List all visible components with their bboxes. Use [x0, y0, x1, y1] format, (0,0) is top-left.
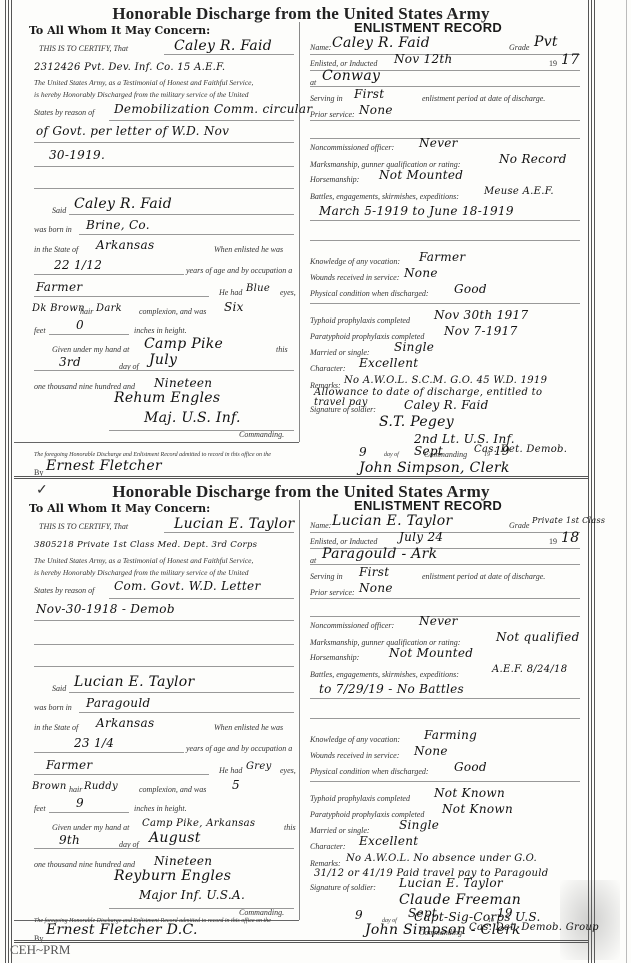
- discharge-document-page: Honorable Discharge from the United Stat…: [0, 0, 631, 963]
- complexion: Dark: [96, 303, 122, 314]
- discharge-reason-2: Nov-30-1918 - Demob: [36, 602, 175, 616]
- enlisted-label: Enlisted, or Inducted: [310, 537, 377, 546]
- when-enlisted-label: When enlisted he was: [214, 723, 283, 732]
- given-under-label: Given under my hand at: [52, 823, 129, 832]
- character-label: Character:: [310, 364, 346, 373]
- physical-condition: Good: [454, 282, 487, 296]
- eyes-label: He had: [219, 766, 242, 775]
- marksmanship: Not qualified: [496, 630, 580, 644]
- birth-state: Arkansas: [96, 716, 154, 730]
- enlistment-record-heading: ENLISTMENT RECORD: [354, 20, 502, 35]
- clerk-signature: John Simpson, Clerk: [359, 460, 510, 476]
- when-enlisted-label: When enlisted he was: [214, 245, 283, 254]
- prior-service: None: [359, 581, 393, 595]
- age: 23 1/4: [74, 736, 114, 750]
- said-label: Said: [52, 206, 66, 215]
- age-occupation-label: years of age and by occupation a: [186, 266, 292, 275]
- occupation: Farmer: [36, 280, 82, 294]
- complexion-label: complexion, and was: [139, 307, 206, 316]
- record-year-prefix: 19: [484, 452, 490, 458]
- officer-name: S.T. Pegey: [379, 414, 454, 430]
- remarks-label: Remarks:: [310, 859, 341, 868]
- battles: Meuse A.E.F.: [484, 186, 554, 197]
- paratyphoid: Not Known: [442, 802, 513, 816]
- grade: Private 1st Class: [532, 516, 605, 525]
- serving-in: First: [354, 87, 384, 101]
- character-label: Character:: [310, 842, 346, 851]
- complexion-label: complexion, and was: [139, 785, 206, 794]
- place-given: Camp Pike: [144, 336, 223, 352]
- horsemanship-label: Horsemanship:: [310, 175, 359, 184]
- hair-label: hair: [80, 307, 93, 316]
- typhoid-label: Typhoid prophylaxis completed: [310, 316, 410, 325]
- character: Excellent: [359, 834, 418, 848]
- discharge-month: July: [149, 352, 177, 368]
- eye-color: Grey: [246, 761, 272, 772]
- occupation: Farmer: [46, 758, 92, 772]
- serving-in-label: Serving in: [310, 94, 343, 103]
- battles-2: March 5-1919 to June 18-1919: [319, 204, 514, 218]
- state-label: in the State of: [34, 245, 78, 254]
- eyes-suffix: eyes,: [280, 288, 296, 297]
- hair-color: Brown: [32, 781, 67, 792]
- enlistment-period-label: enlistment period at date of discharge.: [422, 94, 545, 103]
- this-label: this: [284, 823, 296, 832]
- place-given: Camp Pike, Arkansas: [142, 818, 255, 829]
- battles-2: to 7/29/19 - No Battles: [319, 682, 464, 696]
- eyes-label: He had: [219, 288, 242, 297]
- hair-color: Dk Brown: [32, 303, 85, 314]
- discharge-record-1: Honorable Discharge from the United Stat…: [14, 0, 588, 480]
- enlisted-date: Nov 12th: [394, 52, 453, 66]
- year-prefix: 19: [549, 59, 557, 68]
- certify-label: THIS IS TO CERTIFY, That: [39, 44, 128, 53]
- age: 22 1/12: [54, 258, 102, 272]
- enlistment-name: Caley R. Faid: [332, 35, 430, 51]
- record-day: 9: [355, 908, 363, 922]
- testimonial-label: The United States Army, as a Testimonial…: [34, 78, 253, 87]
- page-edge-line: [626, 0, 627, 963]
- physical-label: Physical condition when discharged:: [310, 289, 429, 298]
- right-border-line: [591, 0, 592, 963]
- discharge-day: 9th: [59, 833, 80, 847]
- bottom-divider: [14, 940, 588, 943]
- birth-state: Arkansas: [96, 238, 154, 252]
- commander-name: Rehum Engles: [114, 390, 220, 406]
- reason-label: States by reason of: [34, 586, 94, 595]
- left-border-line: [5, 0, 6, 963]
- name-label: Name:: [310, 43, 331, 52]
- left-border-line: [8, 0, 9, 963]
- physical-condition: Good: [454, 760, 487, 774]
- discharged-label: is hereby Honorably Discharged from the …: [34, 90, 249, 99]
- commander-name: Reyburn Engles: [114, 868, 231, 884]
- nco-label: Noncommissioned officer:: [310, 143, 394, 152]
- salutation: To All Whom It May Concern:: [29, 24, 210, 37]
- said-name: Lucian E. Taylor: [74, 674, 194, 690]
- horsemanship: Not Mounted: [379, 168, 463, 182]
- discharge-reason: Com. Govt. W.D. Letter: [114, 579, 260, 593]
- born-in-label: was born in: [34, 225, 72, 234]
- record-month: Sept: [414, 444, 443, 458]
- remarks: No A.W.O.L. No absence under G.O.: [346, 853, 537, 864]
- commander-rank: Maj. U.S. Inf.: [144, 410, 241, 426]
- salutation: To All Whom It May Concern:: [29, 502, 210, 515]
- discharge-record-2: ✓ Honorable Discharge from the United St…: [14, 478, 588, 946]
- height-inches: 0: [76, 318, 84, 332]
- nco-label: Noncommissioned officer:: [310, 621, 394, 630]
- year-prefix: 19: [549, 537, 557, 546]
- said-name: Caley R. Faid: [74, 196, 172, 212]
- feet-label: feet: [34, 326, 46, 335]
- feet-label: feet: [34, 804, 46, 813]
- eyes-suffix: eyes,: [280, 766, 296, 775]
- horsemanship: Not Mounted: [389, 646, 473, 660]
- birthplace: Brine, Co.: [86, 218, 150, 232]
- archive-stamp: CEH~PRM: [10, 942, 71, 958]
- commanding-caption: Commanding.: [239, 908, 284, 917]
- battles: A.E.F. 8/24/18: [492, 664, 567, 675]
- battles-label: Battles, engagements, skirmishes, expedi…: [310, 670, 459, 679]
- marital-status: Single: [399, 818, 439, 832]
- signature-label: Signature of soldier:: [310, 883, 376, 892]
- right-border-line: [594, 0, 595, 963]
- marital-status: Single: [394, 340, 434, 354]
- enlisted-at: Conway: [322, 68, 380, 84]
- nco: Never: [419, 614, 458, 628]
- marksmanship: No Record: [499, 152, 567, 166]
- commander-rank: Major Inf. U.S.A.: [139, 888, 245, 902]
- recorded-by: Ernest Fletcher: [46, 458, 162, 474]
- knowledge-label: Knowledge of any vocation:: [310, 257, 400, 266]
- enlisted-at: Paragould - Ark: [322, 546, 437, 562]
- hair-label: hair: [69, 785, 82, 794]
- paratyphoid: Nov 7-1917: [444, 324, 518, 338]
- recorded-by: Ernest Fletcher D.C.: [46, 922, 198, 938]
- enlisted-year: 17: [561, 52, 579, 68]
- column-divider: [299, 500, 300, 920]
- soldier-name: Lucian E. Taylor: [174, 516, 294, 532]
- wounds-label: Wounds received in service:: [310, 273, 399, 282]
- said-label: Said: [52, 684, 66, 693]
- left-border-line: [11, 0, 12, 963]
- enlistment-name: Lucian E. Taylor: [332, 513, 452, 529]
- enlisted-year: 18: [561, 530, 579, 546]
- grade: Pvt: [534, 34, 558, 50]
- knowledge-label: Knowledge of any vocation:: [310, 735, 400, 744]
- typhoid-label: Typhoid prophylaxis completed: [310, 794, 410, 803]
- age-occupation-label: years of age and by occupation a: [186, 744, 292, 753]
- given-under-label: Given under my hand at: [52, 345, 129, 354]
- character: Excellent: [359, 356, 418, 370]
- knowledge: Farming: [424, 728, 477, 742]
- record-month: Sept: [408, 906, 437, 920]
- year-words: Nineteen: [154, 854, 212, 868]
- soldier-name: Caley R. Faid: [174, 38, 272, 54]
- height-feet: 5: [232, 778, 240, 792]
- commanding-caption: Commanding.: [239, 430, 284, 439]
- prior-service-label: Prior service:: [310, 110, 355, 119]
- grade-label: Grade: [509, 43, 529, 52]
- nco: Never: [419, 136, 458, 150]
- testimonial-label: The United States Army, as a Testimonial…: [34, 556, 253, 565]
- height-inches: 9: [76, 796, 84, 810]
- discharged-label: is hereby Honorably Discharged from the …: [34, 568, 249, 577]
- clerk-signature: John Simpson - Clerk: [365, 922, 521, 938]
- typhoid: Nov 30th 1917: [434, 308, 528, 322]
- record-day: 9: [359, 445, 367, 459]
- height-feet: Six: [224, 300, 244, 314]
- record-year: 19: [497, 906, 513, 920]
- battles-label: Battles, engagements, skirmishes, expedi…: [310, 192, 459, 201]
- discharge-reason: Demobilization Comm. circular: [114, 102, 312, 116]
- serial-unit: 3805218 Private 1st Class Med. Dept. 3rd…: [34, 540, 257, 550]
- soldier-signature: Lucian E. Taylor: [399, 876, 503, 890]
- born-in-label: was born in: [34, 703, 72, 712]
- inches-label: inches in height.: [134, 804, 187, 813]
- knowledge: Farmer: [419, 250, 465, 264]
- signature-label: Signature of soldier:: [310, 405, 376, 414]
- state-label: in the State of: [34, 723, 78, 732]
- grade-label: Grade: [509, 521, 529, 530]
- wounds: None: [404, 266, 438, 280]
- typhoid: Not Known: [434, 786, 505, 800]
- wounds-label: Wounds received in service:: [310, 751, 399, 760]
- serving-in-label: Serving in: [310, 572, 343, 581]
- inches-label: inches in height.: [134, 326, 187, 335]
- record-year: 19: [494, 444, 510, 458]
- enlistment-period-label: enlistment period at date of discharge.: [422, 572, 545, 581]
- this-label: this: [276, 345, 288, 354]
- discharge-reason-2: of Govt. per letter of W.D. Nov: [36, 124, 229, 138]
- enlistment-record-heading: ENLISTMENT RECORD: [354, 498, 502, 513]
- discharge-reason-3: 30-1919.: [49, 148, 105, 162]
- enlisted-date: July 24: [399, 530, 443, 544]
- year-words: Nineteen: [154, 376, 212, 390]
- column-divider: [299, 22, 300, 442]
- right-border-line: [588, 0, 589, 963]
- eye-color: Blue: [246, 283, 270, 294]
- prior-service: None: [359, 103, 393, 117]
- enlisted-label: Enlisted, or Inducted: [310, 59, 377, 68]
- discharge-day: 3rd: [59, 355, 81, 369]
- birthplace: Paragould: [86, 696, 150, 710]
- serving-in: First: [359, 565, 389, 579]
- discharge-month: August: [149, 830, 201, 846]
- wounds: None: [414, 744, 448, 758]
- prior-service-label: Prior service:: [310, 588, 355, 597]
- complexion: Ruddy: [84, 781, 118, 792]
- remarks: No A.W.O.L. S.C.M. G.O. 45 W.D. 1919: [344, 375, 547, 386]
- name-label: Name:: [310, 521, 331, 530]
- horsemanship-label: Horsemanship:: [310, 653, 359, 662]
- soldier-signature: Caley R. Faid: [404, 398, 489, 412]
- physical-label: Physical condition when discharged:: [310, 767, 429, 776]
- record-day-of-label: day of: [384, 452, 399, 458]
- reason-label: States by reason of: [34, 108, 94, 117]
- serial-unit: 2312426 Pvt. Dev. Inf. Co. 15 A.E.F.: [34, 62, 225, 73]
- certify-label: THIS IS TO CERTIFY, That: [39, 522, 128, 531]
